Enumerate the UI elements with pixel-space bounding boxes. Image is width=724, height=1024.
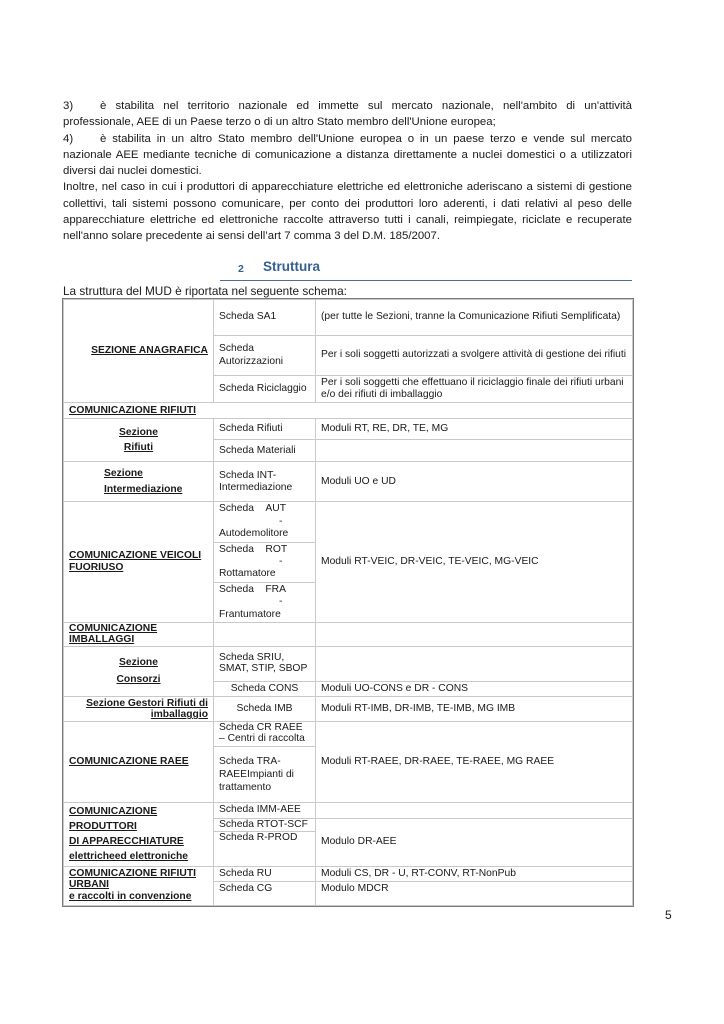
list-number: 4) <box>63 131 100 147</box>
subsection-label-text: Sezione <box>69 427 208 439</box>
desc-cell: Moduli UO-CONS e DR - CONS <box>316 682 633 697</box>
group-label: COMUNICAZIONE VEICOLI FUORIUSO <box>64 502 214 623</box>
desc-cell: Moduli UO e UD <box>316 462 633 502</box>
group-label-text: IMBALLAGGI <box>69 635 208 646</box>
group-label: COMUNICAZIONE RIFIUTI <box>64 403 633 419</box>
subsection-label: Sezione Intermediazione <box>64 462 214 502</box>
subsection-label-text: imballaggio <box>69 709 208 720</box>
group-label-text: COMUNICAZIONE VEICOLI <box>69 550 208 562</box>
desc-cell: Modulo DR-AEE <box>316 818 633 866</box>
page-number: 5 <box>665 908 672 922</box>
scheda-cell: Scheda CONS <box>214 682 316 697</box>
group-label-text: PRODUTTORI <box>69 819 208 834</box>
desc-cell: Moduli RT, RE, DR, TE, MG <box>316 419 633 440</box>
list-number: 3) <box>63 98 100 114</box>
group-label: COMUNICAZIONE RAEE <box>64 722 214 803</box>
section-heading: 2 Struttura <box>220 259 632 281</box>
table-row: COMUNICAZIONE RIFIUTI <box>64 403 633 419</box>
desc-cell: Moduli RT-VEIC, DR-VEIC, TE-VEIC, MG-VEI… <box>316 502 633 623</box>
table-row: COMUNICAZIONE RAEE Scheda CR RAEE – Cent… <box>64 722 633 747</box>
desc-cell: Moduli RT-RAEE, DR-RAEE, TE-RAEE, MG RAE… <box>316 722 633 803</box>
desc-cell <box>316 802 633 818</box>
group-label-text: COMUNICAZIONE RAEE <box>69 756 189 767</box>
group-label-text: FUORIUSO <box>69 562 208 574</box>
group-label-text: e raccolti in convenzione <box>69 891 208 903</box>
scheda-cell: Scheda Riciclaggio <box>214 376 316 403</box>
table-row: COMUNICAZIONE PRODUTTORI DI APPARECCHIAT… <box>64 802 633 818</box>
scheda-cell: Scheda IMM-AEE <box>214 802 316 818</box>
desc-cell: (per tutte le Sezioni, tranne la Comunic… <box>316 300 633 336</box>
table-row: Sezione Gestori Rifiuti di imballaggio S… <box>64 697 633 722</box>
subsection-label: Sezione Gestori Rifiuti di imballaggio <box>64 697 214 722</box>
scheda-cell: Scheda IMB <box>214 697 316 722</box>
scheda-cell: Scheda Autorizzazioni <box>214 336 316 376</box>
scheda-cell: Scheda ROT - Rottamatore <box>214 542 316 582</box>
table-row: Sezione Intermediazione Scheda INT-Inter… <box>64 462 633 502</box>
desc-cell: Modulo MDCR <box>316 882 633 906</box>
group-label-text: COMUNICAZIONE RIFIUTI <box>69 868 208 880</box>
table-row: COMUNICAZIONE IMBALLAGGI <box>64 623 633 647</box>
list-item-3: 3)è stabilita nel territorio nazionale e… <box>63 98 632 131</box>
scheda-cell: Scheda CG <box>214 882 316 906</box>
scheda-cell: Scheda Materiali <box>214 440 316 462</box>
table-row: COMUNICAZIONE RIFIUTI URBANI e raccolti … <box>64 866 633 881</box>
desc-cell: Moduli CS, DR - U, RT-CONV, RT-NonPub <box>316 866 633 881</box>
group-label-text: COMUNICAZIONE <box>69 804 208 819</box>
desc-cell: Moduli RT-IMB, DR-IMB, TE-IMB, MG IMB <box>316 697 633 722</box>
desc-cell <box>316 623 633 647</box>
group-label: COMUNICAZIONE IMBALLAGGI <box>64 623 214 647</box>
scheda-cell: Scheda RTOT-SCF <box>214 818 316 831</box>
group-label: SEZIONE ANAGRAFICA <box>64 300 214 403</box>
lead-text: La struttura del MUD è riportata nel seg… <box>63 284 347 298</box>
group-label: COMUNICAZIONE PRODUTTORI DI APPARECCHIAT… <box>64 802 214 866</box>
group-label-text: COMUNICAZIONE RIFIUTI <box>69 405 196 416</box>
desc-cell <box>316 647 633 682</box>
scheda-cell: Scheda Rifiuti <box>214 419 316 440</box>
scheda-cell <box>214 623 316 647</box>
group-label-text: DI APPARECCHIATURE <box>69 834 208 849</box>
list-text: è stabilita in un altro Stato membro del… <box>63 133 632 178</box>
desc-cell: Per i soli soggetti autorizzati a svolge… <box>316 336 633 376</box>
paragraph: Inoltre, nel caso in cui i produttori di… <box>63 179 632 244</box>
subsection-label-text: Sezione Gestori Rifiuti di <box>69 698 208 709</box>
list-item-4: 4)è stabilita in un altro Stato membro d… <box>63 131 632 180</box>
scheda-cell: Scheda TRA-RAEEImpianti di trattamento <box>214 746 316 802</box>
subsection-label-text: Intermediazione <box>104 484 208 496</box>
group-label-text: URBANI <box>69 879 208 891</box>
group-label-text: elettricheed elettroniche <box>69 849 208 864</box>
section-number: 2 <box>238 263 244 275</box>
subsection-label: Sezione Rifiuti <box>64 419 214 462</box>
mud-structure-table: SEZIONE ANAGRAFICA Scheda SA1 (per tutte… <box>63 299 633 906</box>
scheda-cell: Scheda R-PROD <box>214 831 316 866</box>
list-text: è stabilita nel territorio nazionale ed … <box>63 100 632 128</box>
scheda-cell: Scheda INT-Intermediazione <box>214 462 316 502</box>
section-title: Struttura <box>263 259 320 274</box>
group-label-text: COMUNICAZIONE <box>69 624 208 635</box>
subsection-label-text: Rifiuti <box>69 442 208 454</box>
body-text: 3)è stabilita nel territorio nazionale e… <box>63 98 632 245</box>
table-row: Sezione Consorzi Scheda SRIU, SMAT, STIP… <box>64 647 633 682</box>
desc-cell: Per i soli soggetti che effettuano il ri… <box>316 376 633 403</box>
subsection-label-text: Consorzi <box>69 674 208 686</box>
subsection-label-text: Sezione <box>69 657 208 669</box>
desc-cell <box>316 440 633 462</box>
scheda-cell: Scheda SRIU, SMAT, STIP, SBOP <box>214 647 316 682</box>
group-label-text: SEZIONE ANAGRAFICA <box>91 345 208 356</box>
scheda-cell: Scheda RU <box>214 866 316 881</box>
scheda-cell: Scheda AUT - Autodemolitore <box>214 502 316 542</box>
subsection-label: Sezione Consorzi <box>64 647 214 697</box>
scheda-cell: Scheda SA1 <box>214 300 316 336</box>
scheda-cell: Scheda FRA - Frantumatore <box>214 582 316 622</box>
subsection-label-text: Sezione <box>104 468 208 480</box>
table-row: SEZIONE ANAGRAFICA Scheda SA1 (per tutte… <box>64 300 633 336</box>
table-row: COMUNICAZIONE VEICOLI FUORIUSO Scheda AU… <box>64 502 633 542</box>
scheda-cell: Scheda CR RAEE – Centri di raccolta <box>214 722 316 747</box>
group-label: COMUNICAZIONE RIFIUTI URBANI e raccolti … <box>64 866 214 905</box>
table-row: Sezione Rifiuti Scheda Rifiuti Moduli RT… <box>64 419 633 440</box>
